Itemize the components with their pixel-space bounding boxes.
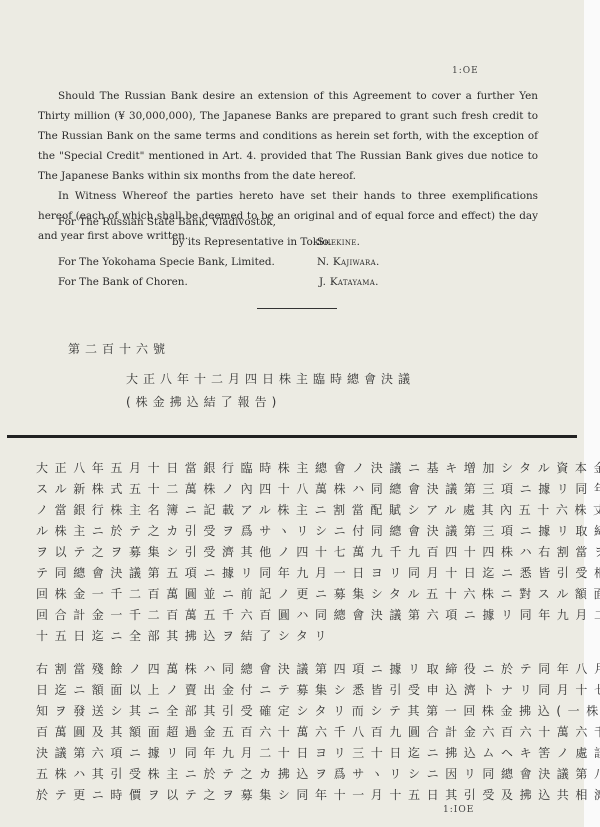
text-row: 於テ更ニ時價ヲ以テ之ヲ募集シ同年十一月十五日其引受及拂込共相濟ミ即チ其第一回株 bbox=[36, 785, 576, 806]
signatory-yokohama-bank: For The Yokohama Specie Bank, Limited. bbox=[58, 256, 275, 268]
page-number-top: 1:OE bbox=[452, 66, 479, 76]
signatory-name-kajiwara: N. Kajiwara. bbox=[317, 256, 380, 268]
section-divider-long bbox=[7, 435, 577, 438]
text-row: 百萬圓及其額面超過金五百六十萬六千八百九圓合計金六百六十萬六千八百九圓ハ同總會 bbox=[36, 722, 576, 743]
text-row: 十五日迄ニ全部其拂込ヲ結了シタリ bbox=[36, 626, 576, 647]
page-number-bottom: 1:IOE bbox=[443, 805, 474, 815]
signatory-representative: by its Representative in Tokio. bbox=[172, 236, 332, 248]
text-row: ノ當銀行株主名簿ニ記載アル株主ニ割當配賦シアル處其內五十六株丈ハ其配賦ヲ受ケタ bbox=[36, 500, 576, 521]
signatory-name-katayama: J. Katayama. bbox=[319, 276, 379, 288]
text-row: 右割當殘餘ノ四萬株ハ同總會決議第四項ニ據リ取締役ニ於テ同年八月九日ヨリ同月十六 bbox=[36, 659, 576, 680]
text-row: ヲ以テ之ヲ募集シ引受濟其他ノ四十七萬九千九百四十四株ハ右割當ヲ受ケタル株主ニ於 bbox=[36, 542, 576, 563]
resolution-subtitle: (株金拂込結了報告) bbox=[126, 393, 281, 410]
text-row: 知ヲ發送シ其ニ全部其引受確定シタリ而シテ其第一回株金拂込(一株ニ付金二十五圓)金… bbox=[36, 701, 576, 722]
paragraph-gap bbox=[36, 647, 576, 659]
japanese-body-text: 大正八年五月十日當銀行臨時株主總會ノ決議ニ基キ增加シタル資本金五千二百萬圓ニ對ス… bbox=[36, 458, 576, 806]
signatory-bank-of-choren: For The Bank of Choren. bbox=[58, 276, 188, 288]
page-edge bbox=[584, 0, 600, 827]
text-row: テ同總會決議第五項ニ據リ同年九月一日ヨリ同月十日迄ニ悉皆引受相濟タリ而シテ第一 bbox=[36, 563, 576, 584]
section-divider-short bbox=[257, 308, 337, 309]
resolution-title: 大正八年十二月四日株主臨時總會決議 bbox=[126, 370, 415, 387]
text-row: 日迄ニ額面以上ノ賣出金付ニテ募集シ悉皆引受申込濟トナリ同月十七日之カ落札決定ノ通 bbox=[36, 680, 576, 701]
text-row: 大正八年五月十日當銀行臨時株主總會ノ決議ニ基キ增加シタル資本金五千二百萬圓ニ對 bbox=[36, 458, 576, 479]
extension-paragraph: Should The Russian Bank desire an extens… bbox=[38, 86, 538, 186]
text-row: 回合計金一千二百萬五千六百圓ハ同總會決議第六項ニ據リ同年九月二日ヨリ同年十一月 bbox=[36, 605, 576, 626]
signatory-russian-bank: For The Russian State Bank, Vladivostok, bbox=[58, 216, 276, 228]
document-number: 第二百十六號 bbox=[68, 340, 170, 357]
text-row: 五株ハ其引受株主ニ於テ之カ拂込ヲ爲サヽリシニ因リ同總會決議第八項ニ據リ取締役ニ bbox=[36, 764, 576, 785]
text-row: スル新株式五十二萬株ノ內四十八萬株ハ同總會決議第三項ニ據リ同年八月三十一日現在 bbox=[36, 479, 576, 500]
text-row: 決議第六項ニ據リ同年九月二十日ヨリ三十日迄ニ拂込ムヘキ筈ノ處該四萬株ノ內百四十 bbox=[36, 743, 576, 764]
text-row: ル株主ニ於テ之カ引受ヲ爲サヽリシニ付同總會決議第三項ニ據リ取締役ニ於テ更ニ時價 bbox=[36, 521, 576, 542]
signatory-name-shekine: Shekine. bbox=[317, 236, 360, 248]
text-row: 回株金一千二百萬圓並ニ前記ノ更ニ募集シタル五十六株ニ對スル額面超過金五千六百萬 bbox=[36, 584, 576, 605]
